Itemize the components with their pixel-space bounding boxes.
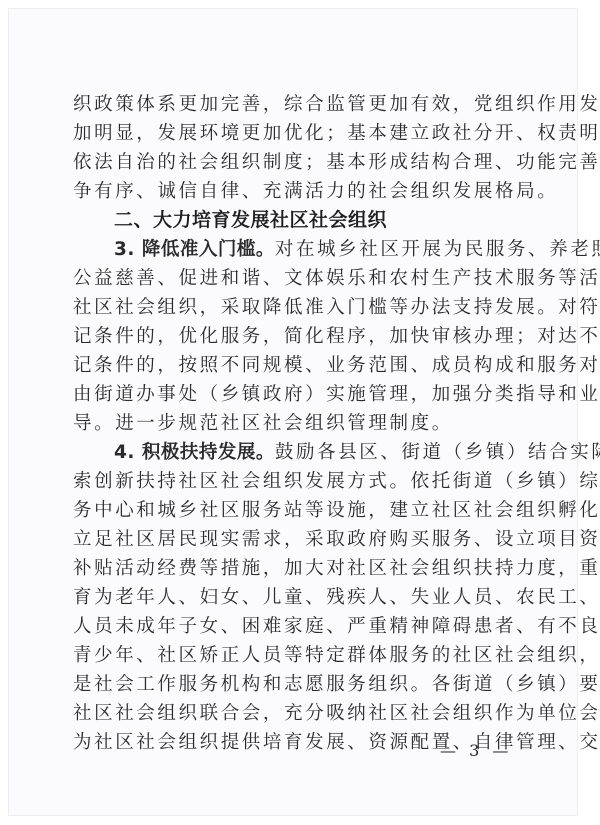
body-line: 由街道办事处（乡镇政府）实施管理，加强分类指导和业务指 [73,380,505,409]
body-line: 人员未成年子女、困难家庭、严重精神障碍患者、有不良行为 [73,612,505,641]
body-line: 记条件的，按照不同规模、业务范围、成员构成和服务对象， [73,351,505,380]
body-line: 导。进一步规范社区社会组织管理制度。 [73,409,505,438]
page-number: — 3 — [440,738,512,764]
body-line: 青少年、社区矫正人员等特定群体服务的社区社会组织，尤其 [73,641,505,670]
item3-first-line: 3. 降低准入门槛。对在城乡社区开展为民服务、养老照护、 [114,235,505,264]
section-heading: 二、大力培育发展社区社会组织 [114,206,387,235]
body-line: 争有序、诚信自律、充满活力的社会组织发展格局。 [73,177,505,206]
body-line: 记条件的，优化服务，简化程序，加快审核办理；对达不到登 [73,322,505,351]
item4-title: 4. 积极扶持发展。 [114,442,275,463]
body-line: 务中心和城乡社区服务站等设施，建立社区社会组织孵化基地。 [73,496,505,525]
body-line: 依法自治的社会组织制度；基本形成结构合理、功能完善、竞 [73,148,505,177]
body-line: 立足社区居民现实需求，采取政府购买服务、设立项目资金、 [73,525,505,554]
body-line: 补贴活动经费等措施，加大对社区社会组织扶持力度，重点培 [73,554,505,583]
body-line: 公益慈善、促进和谐、文体娱乐和农村生产技术服务等活动的 [73,264,505,293]
body-line: 社区社会组织联合会，充分吸纳社区社会组织作为单位会员， [73,699,505,728]
item4-first-line-text: 鼓励各县区、街道（乡镇）结合实际探 [275,442,600,463]
item3-first-line-text: 对在城乡社区开展为民服务、养老照护、 [275,239,600,260]
body-line: 索创新扶持社区社会组织发展方式。依托街道（乡镇）综合服 [73,467,505,496]
item4-first-line: 4. 积极扶持发展。鼓励各县区、街道（乡镇）结合实际探 [114,438,505,467]
body-line: 织政策体系更加完善，综合监管更加有效，党组织作用发挥更 [73,90,505,119]
body-line: 社区社会组织，采取降低准入门槛等办法支持发展。对符合登 [73,293,505,322]
body-line: 育为老年人、妇女、儿童、残疾人、失业人员、农民工、服刑 [73,583,505,612]
body-line: 加明显，发展环境更加优化；基本建立政社分开、权责明确、 [73,119,505,148]
item3-title: 3. 降低准入门槛。 [114,239,275,260]
body-line: 是社会工作服务机构和志愿服务组织。各街道（乡镇）要成立 [73,670,505,699]
